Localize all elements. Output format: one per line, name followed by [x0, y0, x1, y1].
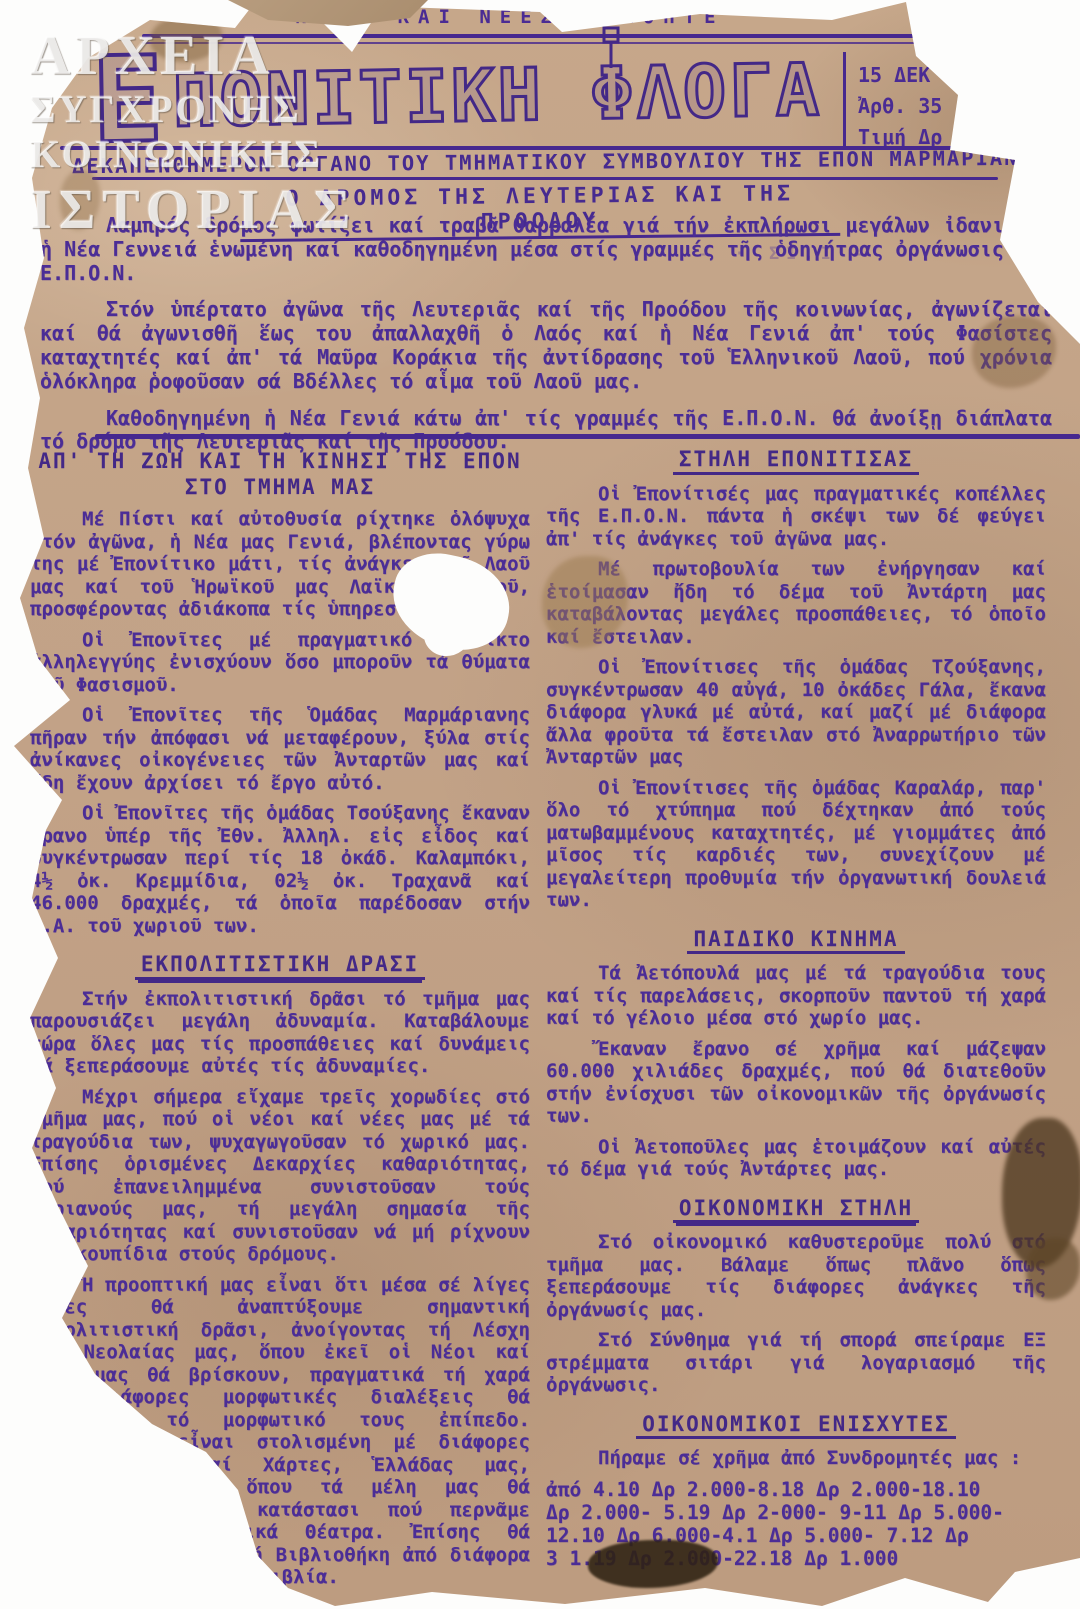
issue-number: Ἀρθ. 35 — [858, 91, 990, 122]
paragraph: Τά Ἀετόπουλά μας μέ τά τραγούδια τους κα… — [546, 962, 1046, 1030]
paragraph: Στό οἰκονομικό καθυστεροῦμε πολύ στό τμῆ… — [546, 1231, 1046, 1321]
section-body: Οἱ Ἐπονίτισές μας πραγματικές κοπέλλες τ… — [546, 483, 1046, 912]
section-body: Στήν ἐκπολιτιστική δρᾶσι τό τμῆμα μας πα… — [30, 988, 530, 1589]
paragraph: Οἱ Ἀετοποῦλες μας ἑτοιμάζουν καί αὐτές τ… — [546, 1136, 1046, 1181]
ghost-offset-print: — · ΣΙ.Ι — — [700, 244, 1060, 264]
amount-row: Δρ 2.000- 5.19 Δρ 2-000- 9-11 Δρ 5.000- — [546, 1501, 1046, 1524]
section-rule — [95, 434, 1080, 439]
section-body: Πήραμε σέ χρῆμα ἀπό Συνδρομητές μας : — [546, 1447, 1046, 1470]
scan-background: ΝΕΟΙ ΚΑΙ ΝΕΕΣ ΕΝΩΘΗΤΕ Ε ΠΟΝΙΤΙΚΗ ΦΛΟΓΑ 1… — [0, 0, 1080, 1609]
newspaper-page: ΝΕΟΙ ΚΑΙ ΝΕΕΣ ΕΝΩΘΗΤΕ Ε ΠΟΝΙΤΙΚΗ ΦΛΟΓΑ 1… — [0, 0, 1080, 1609]
paragraph: Στό Σύνθημα γιά τή σπορά σπείραμε ΕΞ στρ… — [546, 1329, 1046, 1397]
masthead-title-rest: ΠΟΝΙΤΙΚΗ ΦΛΟΓΑ — [172, 54, 822, 137]
section-heading: ΟΙΚΟΝΟΜΙΚΟΙ ΕΝΙΣΧΥΤΕΣ — [546, 1413, 1046, 1440]
masthead-divider — [843, 52, 846, 150]
section-heading: ΣΤΗΛΗ ΕΠΟΝΙΤΙΣΑΣ — [546, 448, 1046, 475]
section-body: Στό οἰκονομικό καθυστεροῦμε πολύ στό τμῆ… — [546, 1231, 1046, 1397]
paragraph: Μέχρι σήμερα εἴχαμε τρεῖς χορωδίες στό Τ… — [30, 1086, 530, 1266]
section-heading: ΑΠ' ΤΗ ΖΩΗ ΚΑΙ ΤΗ ΚΙΝΗΣΙ ΤΗΣ ΕΠΟΝ ΣΤΟ ΤΜ… — [30, 448, 530, 500]
amount-row: ἀπό 4.10 Δρ 2.000-8.18 Δρ 2.000-18.10 — [546, 1478, 1046, 1501]
section-heading: ΟΙΚΟΝΟΜΙΚΗ ΣΤΗΛΗ — [546, 1197, 1046, 1224]
paragraph: Οἱ Ἐπονῖτες τῆς ὁμάδας Τσούξανης ἔκαναν … — [30, 802, 530, 937]
torch-icon — [596, 26, 626, 74]
issue-date: 15 ΔΕΚ — [858, 60, 990, 91]
paragraph: Οἱ Ἐπονίτισές μας πραγματικές κοπέλλες τ… — [546, 483, 1046, 551]
section-body: Τά Ἀετόπουλά μας μέ τά τραγούδια τους κα… — [546, 962, 1046, 1181]
paragraph: Πήραμε σέ χρῆμα ἀπό Συνδρομητές μας : — [546, 1447, 1046, 1470]
masthead-initial: Ε — [91, 49, 164, 151]
paragraph: Οἱ Ἐπονῖτες τῆς Ὁμάδας Μαρμάριανης πῆραν… — [30, 704, 530, 794]
issue-info: 15 ΔΕΚ Ἀρθ. 35 Τιμή Δρ = 2 — [858, 60, 990, 153]
paragraph: Στήν ἐκπολιτιστική δρᾶσι τό τμῆμα μας πα… — [30, 988, 530, 1078]
paragraph: Στόν ὑπέρτατο ἀγῶνα τῆς Λευτεριᾶς καί τῆ… — [40, 298, 1052, 393]
subtitle-rule-bottom — [92, 177, 998, 180]
section-heading: ΕΚΠΟΛΙΤΙΣΤΙΚΗ ΔΡΑΣΙ — [30, 953, 530, 980]
section-heading: ΠΑΙΔΙΚΟ ΚΙΝΗΜΑ — [546, 928, 1046, 955]
paragraph: Οἱ Ἐπονίτισες τῆς ὁμάδας Τζούξανης, συγκ… — [546, 656, 1046, 769]
paragraph: Οἱ Ἐπονίτισες τῆς ὁμάδας Καραλάρ, παρ' ὅ… — [546, 777, 1046, 912]
masthead-subtitle: ΔΕΚΑΠΕΝΘΗΜΕΡΟΝ ΟΡΓΑΝΟ ΤΟΥ ΤΜΗΜΑΤΙΚΟΥ ΣΥΜ… — [72, 146, 1032, 178]
paragraph: Ἡ προοπτική μας εἶναι ὅτι μέσα σέ λίγες … — [30, 1274, 530, 1589]
stain — [1026, 1238, 1080, 1300]
paragraph: Ἔκαναν ἔρανο σέ χρῆμα καί μάζεψαν 60.000… — [546, 1038, 1046, 1128]
